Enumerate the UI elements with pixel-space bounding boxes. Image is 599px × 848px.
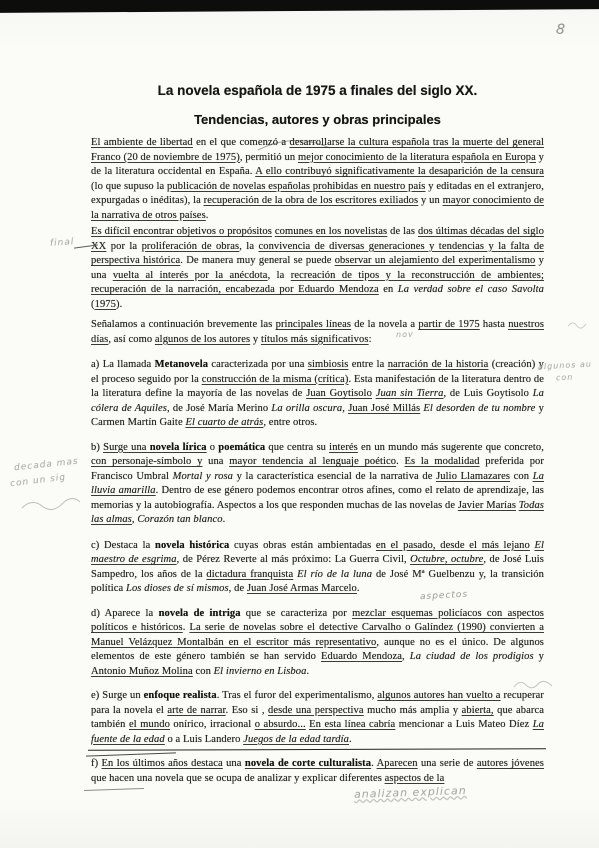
pencil-margin-note: final	[50, 237, 75, 249]
text-segment: desde una perspectiva	[268, 705, 364, 716]
paragraph-pf: f) En los últimos años destaca una novel…	[91, 757, 544, 786]
text-segment: En esta línea cabría	[309, 719, 395, 730]
text-segment: El ambiente de libertad	[91, 137, 193, 148]
text-segment: .	[306, 666, 309, 677]
text-segment: La verdad sobre el caso Savolta	[398, 284, 544, 295]
text-segment: vuelta al interés por la anécdota	[113, 270, 268, 281]
text-segment: principales líneas	[276, 319, 351, 330]
scan-edge-bar	[0, 0, 599, 13]
scanned-page: 8 La novela española de 1975 a finales d…	[0, 0, 599, 848]
text-segment: novela de intriga	[159, 608, 241, 619]
text-segment: , de Pérez Reverte al más próximo: La Gu…	[177, 554, 411, 565]
paragraph-pd: d) Aparece la novela de intriga que se c…	[91, 607, 544, 680]
text-segment: 1975	[95, 299, 116, 310]
text-segment: en	[379, 284, 398, 295]
text-segment: Juan José Armas Marcelo	[247, 583, 357, 594]
text-segment: en un mundo más sugerente que concreto,	[358, 442, 544, 453]
text-segment: Julio Llamazares	[436, 471, 510, 482]
text-segment: El río de la luna	[297, 569, 372, 580]
text-segment: arte de narrar	[167, 705, 225, 716]
text-segment: Javier Marías	[458, 500, 516, 511]
text-segment: , de Luis Goytisolo	[443, 388, 532, 399]
pencil-margin-note: algunos au	[538, 360, 592, 372]
text-segment: Corazón tan blanco	[137, 514, 222, 525]
text-segment: .	[349, 734, 352, 745]
text-segment: novela histórica	[155, 540, 229, 551]
text-segment: ,	[402, 651, 410, 662]
pencil-wavy-underline	[84, 788, 144, 791]
paragraph-pa: a) La llamada Metanovela caracterizada p…	[91, 358, 544, 431]
text-segment: Surge una	[103, 442, 150, 453]
pencil-scribble	[18, 494, 82, 514]
text-segment: el mundo	[129, 719, 170, 730]
text-segment: .	[357, 583, 360, 594]
text-segment: f)	[91, 758, 102, 769]
text-segment: La orilla oscura	[271, 403, 342, 414]
text-segment: dictadura franquista	[206, 569, 293, 580]
text-segment: Aparecen	[377, 758, 418, 769]
paragraph-pe: e) Surge un enfoque realista. Tras el fu…	[91, 689, 544, 747]
text-segment: En los últimos años destaca	[102, 758, 223, 769]
text-segment: caracterizada por una	[208, 359, 308, 370]
text-segment: mejor conocimiento de la literatura espa…	[298, 152, 536, 163]
text-segment: Mortal y rosa	[173, 471, 233, 482]
text-segment: narración de la historia	[388, 359, 489, 370]
text-segment: y la característica esencial de la narra…	[233, 471, 436, 482]
text-segment: aspectos de la	[385, 773, 445, 784]
text-segment: novela lírica	[150, 442, 207, 453]
text-segment: ).	[116, 299, 122, 310]
pencil-scribble	[566, 318, 588, 330]
text-segment: de las	[387, 226, 418, 237]
text-segment: observar un alejamiento del experimental…	[335, 255, 536, 266]
text-segment: publicación de novelas españolas prohibi…	[167, 181, 425, 192]
text-segment: Los dioses de sí mismos	[126, 583, 229, 594]
text-segment: La ciudad de los prodigios	[410, 651, 534, 662]
text-segment: o	[207, 442, 219, 453]
text-segment: una	[202, 456, 229, 467]
text-segment: , así como	[108, 334, 155, 345]
text-segment: con personaje-símbolo y	[91, 456, 202, 467]
text-segment: en el que comenzó a	[193, 137, 290, 148]
text-segment: recuperación de la obra de los escritore…	[204, 195, 419, 206]
text-segment: , la	[239, 241, 258, 252]
handwritten-page-number: 8	[555, 22, 566, 39]
text-segment: a) La llamada	[91, 359, 155, 370]
text-segment: onírico, irracional	[170, 719, 255, 730]
text-segment: algunos de los autores	[155, 334, 250, 345]
text-segment: Es difícil encontrar objetivos o propósi…	[91, 226, 272, 237]
text-segment: Señalamos a continuación brevemente las	[91, 319, 276, 330]
text-segment: que centra su	[265, 442, 329, 453]
text-segment: o absurdo...	[255, 719, 306, 730]
document-subtitle: Tendencias, autores y obras principales	[91, 112, 544, 127]
text-segment: El cuarto de atrás	[185, 417, 263, 428]
text-segment: partir de 1975	[418, 319, 479, 330]
text-segment: por la	[106, 241, 141, 252]
text-segment: . De manera muy general se puede	[180, 255, 334, 266]
text-segment: , permitió un	[240, 152, 298, 163]
pencil-margin-note: con un sig	[10, 473, 67, 490]
document-title: La novela española de 1975 a finales del…	[91, 83, 544, 98]
pencil-scribble	[512, 677, 556, 691]
text-segment: y	[250, 334, 261, 345]
text-segment: Metanovela	[155, 359, 209, 370]
text-segment: una serie de	[418, 758, 477, 769]
text-segment: Octubre, octubre	[410, 554, 483, 565]
text-segment: Juan José Millás	[348, 403, 420, 414]
text-segment: cuyas obras están ambientadas	[229, 540, 376, 551]
paragraph-pb: b) Surge una novela lírica o poemática q…	[91, 441, 544, 528]
text-segment: (lo que supuso la	[91, 181, 167, 192]
paragraph-p1: El ambiente de libertad en el que comenz…	[91, 136, 544, 223]
text-segment: mayor tendencia al lenguaje poético	[229, 456, 396, 467]
text-segment: Juegos de la edad tardía	[243, 734, 349, 745]
text-segment: , la	[268, 270, 291, 281]
text-segment: que hacen una novela que se ocupa de ana…	[91, 773, 385, 784]
paragraph-p2: Es difícil encontrar objetivos o propósi…	[91, 225, 544, 312]
text-segment: Eduardo Mendoza	[321, 651, 402, 662]
text-segment: . Tras el furor del experimentalismo,	[217, 690, 378, 701]
paragraph-pc: c) Destaca la novela histórica cuyas obr…	[91, 539, 544, 597]
text-segment: :	[369, 334, 372, 345]
text-segment: comunes en los novelistas	[275, 226, 387, 237]
text-segment: simbiosis	[308, 359, 349, 370]
text-segment: El invierno en Lisboa	[214, 666, 307, 677]
text-segment: entre la	[348, 359, 387, 370]
text-segment: proliferación de obras	[142, 241, 240, 252]
text-segment: A ello contribuyó significativamente la …	[255, 166, 544, 177]
text-segment: enfoque realista	[144, 690, 217, 701]
text-segment: Antonio Muñoz Molina	[91, 666, 193, 677]
text-segment: .	[396, 456, 404, 467]
body-text-column: El ambiente de libertad en el que comenz…	[91, 136, 544, 786]
text-segment: Juan Goytisolo	[306, 388, 372, 399]
text-segment: , de José María Merino	[167, 403, 271, 414]
text-segment: , entre otros.	[263, 417, 317, 428]
text-segment: c) Destaca la	[91, 540, 155, 551]
text-segment: El desorden de tu nombre	[423, 403, 535, 414]
text-segment: , de	[229, 583, 247, 594]
text-segment: de la novela a	[351, 319, 418, 330]
text-segment: poemática	[218, 442, 265, 453]
text-segment: . Eso si ,	[226, 705, 268, 716]
text-segment: una	[223, 758, 245, 769]
text-segment: Es la modalidad	[405, 456, 480, 467]
text-segment: novela de corte culturalista	[245, 758, 371, 769]
text-segment: títulos más significativos	[261, 334, 369, 345]
text-segment: que se caracteriza por	[241, 608, 353, 619]
text-segment: Juan sin Tierra	[376, 388, 444, 399]
pencil-note-below-f: analizan explican	[354, 784, 467, 801]
pencil-margin-note: con	[556, 373, 574, 383]
text-segment: con	[193, 666, 214, 677]
paragraph-p3: Señalamos a continuación brevemente las …	[91, 318, 544, 347]
text-segment: y	[534, 651, 544, 662]
text-segment: con	[510, 471, 533, 482]
pencil-scribble-note: nov	[396, 330, 414, 340]
text-segment: y un	[418, 195, 442, 206]
pencil-margin-note: decada mas	[14, 457, 79, 474]
text-segment: mencionar a Luis Mateo Díez	[395, 719, 532, 730]
text-segment: interés	[329, 442, 358, 453]
text-segment: d) Aparece la	[91, 608, 159, 619]
text-segment: construcción de la misma (crítica)	[202, 374, 349, 385]
text-segment: mucho más amplia y	[364, 705, 462, 716]
text-segment: autores jóvenes	[477, 758, 544, 769]
text-segment: .	[206, 210, 209, 221]
text-segment: o a Luis Landero	[165, 734, 243, 745]
text-segment: hasta	[480, 319, 509, 330]
text-segment: algunos autores han vuelto a	[377, 690, 500, 701]
text-segment: e) Surge un	[91, 690, 144, 701]
text-segment: en el pasado, desde el más lejano	[376, 540, 530, 551]
text-segment: abierta,	[462, 705, 494, 716]
text-segment: b)	[91, 442, 103, 453]
text-segment: .	[223, 514, 226, 525]
